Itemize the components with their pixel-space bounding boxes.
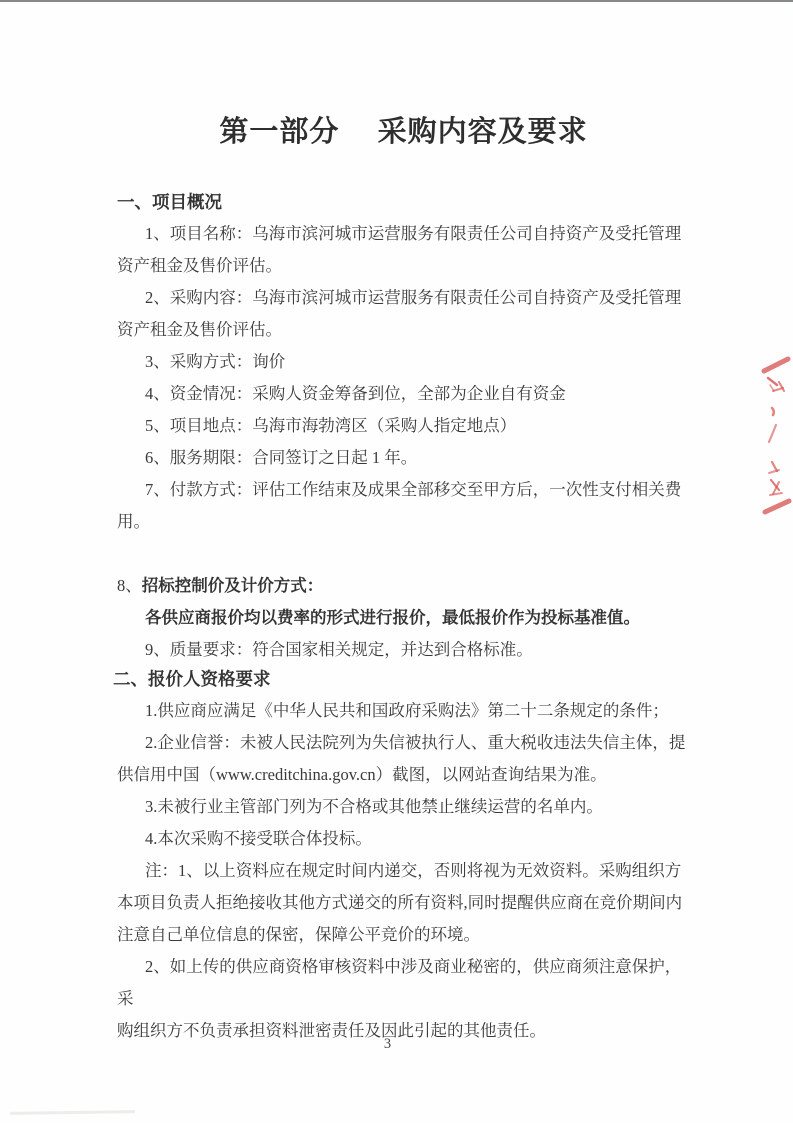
item-procurement-method: 3、采购方式：询价 (117, 346, 693, 378)
page-title: 第一部分 采购内容及要求 (0, 112, 793, 152)
item-payment-method: 7、付款方式：评估工作结束及成果全部移交至甲方后，一次性支付相关费 用。 (117, 474, 693, 538)
item-control-price-detail: 各供应商报价均以费率的形式进行报价，最低报价作为投标基准值。 (117, 602, 693, 634)
red-seal-fragment (759, 354, 793, 518)
item-project-name: 1、项目名称：乌海市滨河城市运营服务有限责任公司自持资产及受托管理 资产租金及售… (117, 218, 693, 282)
document-body: 一、项目概况 1、项目名称：乌海市滨河城市运营服务有限责任公司自持资产及受托管理… (117, 186, 693, 1047)
section-2-heading: 二、报价人资格要求 (113, 663, 693, 695)
scan-smudge (10, 1110, 135, 1115)
item-funding-status: 4、资金情况：采购人资金筹备到位，全部为企业自有资金 (117, 378, 693, 410)
document-page: 第一部分 采购内容及要求 一、项目概况 1、项目名称：乌海市滨河城市运营服务有限… (0, 0, 793, 1123)
requirement-4: 4.本次采购不接受联合体投标。 (117, 823, 693, 855)
item-control-price: 8、招标控制价及计价方式： (117, 538, 693, 602)
requirement-3: 3.未被行业主管部门列为不合格或其他禁止继续运营的名单内。 (117, 791, 693, 823)
item-procurement-content: 2、采购内容：乌海市滨河城市运营服务有限责任公司自持资产及受托管理 资产租金及售… (117, 282, 693, 346)
item-quality-requirement: 9、质量要求：符合国家相关规定，并达到合格标准。 (117, 634, 693, 666)
requirement-2: 2.企业信誉：未被人民法院列为失信被执行人、重大税收违法失信主体，提 供信用中国… (117, 727, 693, 791)
item-project-location: 5、项目地点：乌海市海勃湾区（采购人指定地点） (117, 410, 693, 442)
section-1-heading: 一、项目概况 (117, 186, 693, 218)
requirement-1: 1.供应商应满足《中华人民共和国政府采购法》第二十二条规定的条件； (117, 695, 693, 727)
note-2: 2、如上传的供应商资格审核资料中涉及商业秘密的，供应商须注意保护，采 购组织方不… (117, 951, 693, 1047)
note-1: 注：1、以上资料应在规定时间内递交，否则将视为无效资料。采购组织方 本项目负责人… (117, 855, 693, 951)
page-number: 3 (0, 1036, 775, 1053)
item-control-price-title: 招标控制价及计价方式： (142, 577, 324, 595)
item-service-period: 6、服务期限：合同签订之日起 1 年。 (117, 442, 693, 474)
item-control-price-number: 8、 (117, 576, 142, 595)
scan-edge-line (0, 0, 793, 2)
